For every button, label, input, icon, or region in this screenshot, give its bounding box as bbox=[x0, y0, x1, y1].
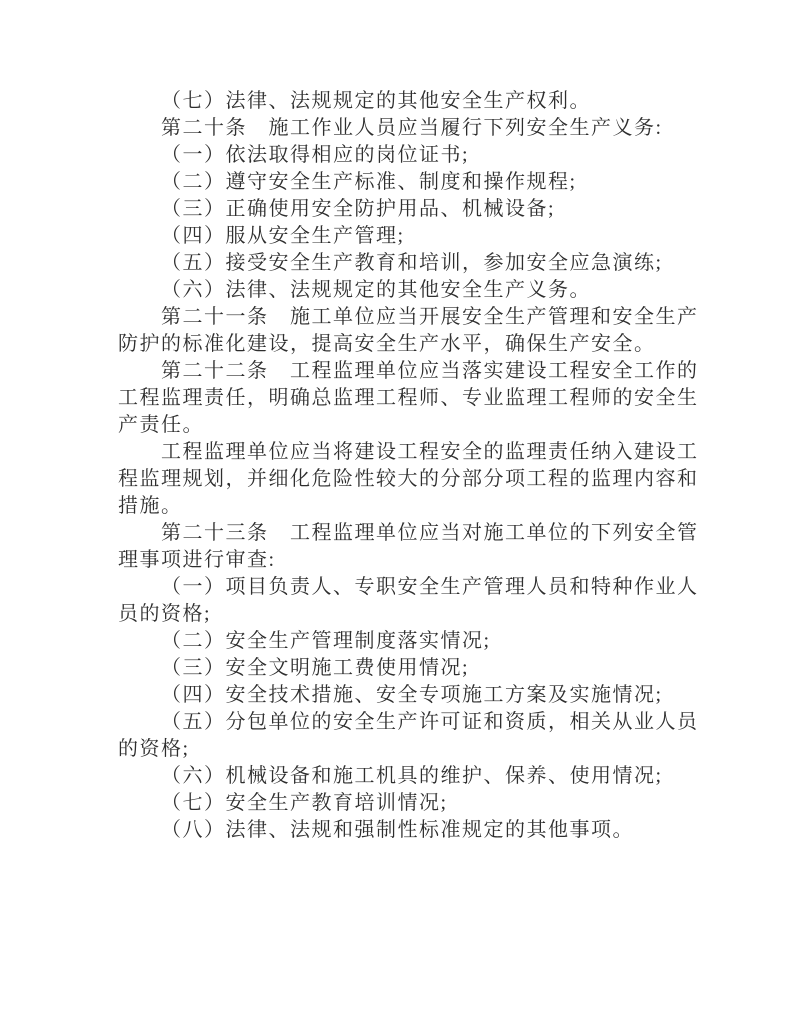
text-line: 的资格; bbox=[118, 736, 690, 763]
text-line: （一）项目负责人、专职安全生产管理人员和特种作业人 bbox=[118, 574, 690, 601]
text-line: 员的资格; bbox=[118, 601, 690, 628]
text-line: （六）机械设备和施工机具的维护、保养、使用情况; bbox=[118, 763, 690, 790]
text-line: （一）依法取得相应的岗位证书; bbox=[118, 142, 690, 169]
text-line: 措施。 bbox=[118, 493, 690, 520]
text-line: （六）法律、法规规定的其他安全生产义务。 bbox=[118, 277, 690, 304]
text-line: 工程监理单位应当将建设工程安全的监理责任纳入建设工 bbox=[118, 439, 690, 466]
text-line: （五）分包单位的安全生产许可证和资质，相关从业人员 bbox=[118, 709, 690, 736]
text-line: 程监理规划，并细化危险性较大的分部分项工程的监理内容和 bbox=[118, 466, 690, 493]
text-line: （八）法律、法规和强制性标准规定的其他事项。 bbox=[118, 817, 690, 844]
text-line: （三）安全文明施工费使用情况; bbox=[118, 655, 690, 682]
text-line: （四）服从安全生产管理; bbox=[118, 223, 690, 250]
document-body: （七）法律、法规规定的其他安全生产权利。第二十条 施工作业人员应当履行下列安全生… bbox=[118, 88, 690, 844]
text-line: （二）遵守安全生产标准、制度和操作规程; bbox=[118, 169, 690, 196]
text-line: （五）接受安全生产教育和培训，参加安全应急演练; bbox=[118, 250, 690, 277]
text-line: （七）法律、法规规定的其他安全生产权利。 bbox=[118, 88, 690, 115]
text-line: 第二十一条 施工单位应当开展安全生产管理和安全生产 bbox=[118, 304, 690, 331]
text-line: 第二十三条 工程监理单位应当对施工单位的下列安全管 bbox=[118, 520, 690, 547]
document-page: （七）法律、法规规定的其他安全生产权利。第二十条 施工作业人员应当履行下列安全生… bbox=[0, 0, 800, 1035]
text-line: （七）安全生产教育培训情况; bbox=[118, 790, 690, 817]
text-line: 工程监理责任，明确总监理工程师、专业监理工程师的安全生 bbox=[118, 385, 690, 412]
text-line: 第二十条 施工作业人员应当履行下列安全生产义务: bbox=[118, 115, 690, 142]
text-line: 第二十二条 工程监理单位应当落实建设工程安全工作的 bbox=[118, 358, 690, 385]
text-line: 产责任。 bbox=[118, 412, 690, 439]
text-line: 理事项进行审查: bbox=[118, 547, 690, 574]
text-line: （四）安全技术措施、安全专项施工方案及实施情况; bbox=[118, 682, 690, 709]
text-line: （三）正确使用安全防护用品、机械设备; bbox=[118, 196, 690, 223]
text-line: （二）安全生产管理制度落实情况; bbox=[118, 628, 690, 655]
text-line: 防护的标准化建设，提高安全生产水平，确保生产安全。 bbox=[118, 331, 690, 358]
